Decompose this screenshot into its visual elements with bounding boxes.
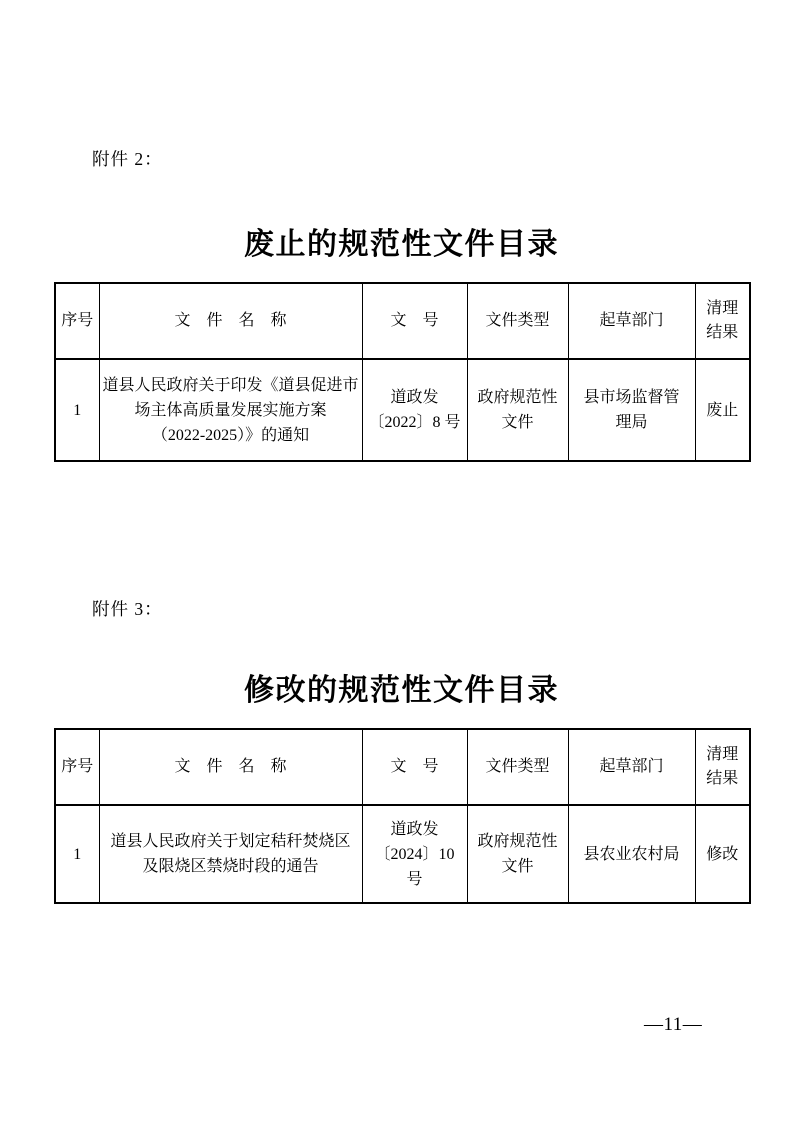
modified-documents-table: 序号 文 件 名 称 文 号 文件类型 起草部门 清理 结果 1 道县人民政府关… bbox=[54, 728, 751, 904]
header-document-number: 文 号 bbox=[362, 283, 467, 359]
abolished-documents-table: 序号 文 件 名 称 文 号 文件类型 起草部门 清理 结果 1 道县人民政府关… bbox=[54, 282, 751, 462]
header-cleanup-result: 清理 结果 bbox=[695, 283, 750, 359]
header-document-name: 文 件 名 称 bbox=[99, 283, 362, 359]
cell-document-type: 政府规范性 文件 bbox=[467, 805, 568, 903]
table-row: 1 道县人民政府关于印发《道县促进市 场主体高质量发展实施方案 （2022-20… bbox=[55, 359, 750, 461]
cell-document-number: 道政发 〔2024〕10 号 bbox=[362, 805, 467, 903]
attachment-2-label: 附件 2： bbox=[92, 146, 163, 171]
header-document-name: 文 件 名 称 bbox=[99, 729, 362, 805]
modified-documents-title: 修改的规范性文件目录 bbox=[54, 665, 749, 709]
cell-cleanup-result: 修改 bbox=[695, 805, 750, 903]
header-document-type: 文件类型 bbox=[467, 283, 568, 359]
header-document-number: 文 号 bbox=[362, 729, 467, 805]
cell-serial-number: 1 bbox=[55, 805, 99, 903]
table-header-row: 序号 文 件 名 称 文 号 文件类型 起草部门 清理 结果 bbox=[55, 729, 750, 805]
header-serial-number: 序号 bbox=[55, 283, 99, 359]
abolished-documents-title: 废止的规范性文件目录 bbox=[54, 219, 749, 263]
header-drafting-department: 起草部门 bbox=[568, 283, 695, 359]
page-number: —11— bbox=[644, 1014, 702, 1036]
document-page: 附件 2： 废止的规范性文件目录 序号 文 件 名 称 文 号 文件类型 起草部… bbox=[0, 0, 793, 1122]
cell-document-type: 政府规范性 文件 bbox=[467, 359, 568, 461]
header-cleanup-result: 清理 结果 bbox=[695, 729, 750, 805]
cell-drafting-department: 县农业农村局 bbox=[568, 805, 695, 903]
header-document-type: 文件类型 bbox=[467, 729, 568, 805]
header-serial-number: 序号 bbox=[55, 729, 99, 805]
attachment-3-label: 附件 3： bbox=[92, 596, 163, 621]
cell-document-name: 道县人民政府关于印发《道县促进市 场主体高质量发展实施方案 （2022-2025… bbox=[99, 359, 362, 461]
table-header-row: 序号 文 件 名 称 文 号 文件类型 起草部门 清理 结果 bbox=[55, 283, 750, 359]
cell-cleanup-result: 废止 bbox=[695, 359, 750, 461]
cell-drafting-department: 县市场监督管 理局 bbox=[568, 359, 695, 461]
cell-document-name: 道县人民政府关于划定秸秆焚烧区 及限烧区禁烧时段的通告 bbox=[99, 805, 362, 903]
cell-document-number: 道政发 〔2022〕8 号 bbox=[362, 359, 467, 461]
header-drafting-department: 起草部门 bbox=[568, 729, 695, 805]
table-row: 1 道县人民政府关于划定秸秆焚烧区 及限烧区禁烧时段的通告 道政发 〔2024〕… bbox=[55, 805, 750, 903]
cell-serial-number: 1 bbox=[55, 359, 99, 461]
